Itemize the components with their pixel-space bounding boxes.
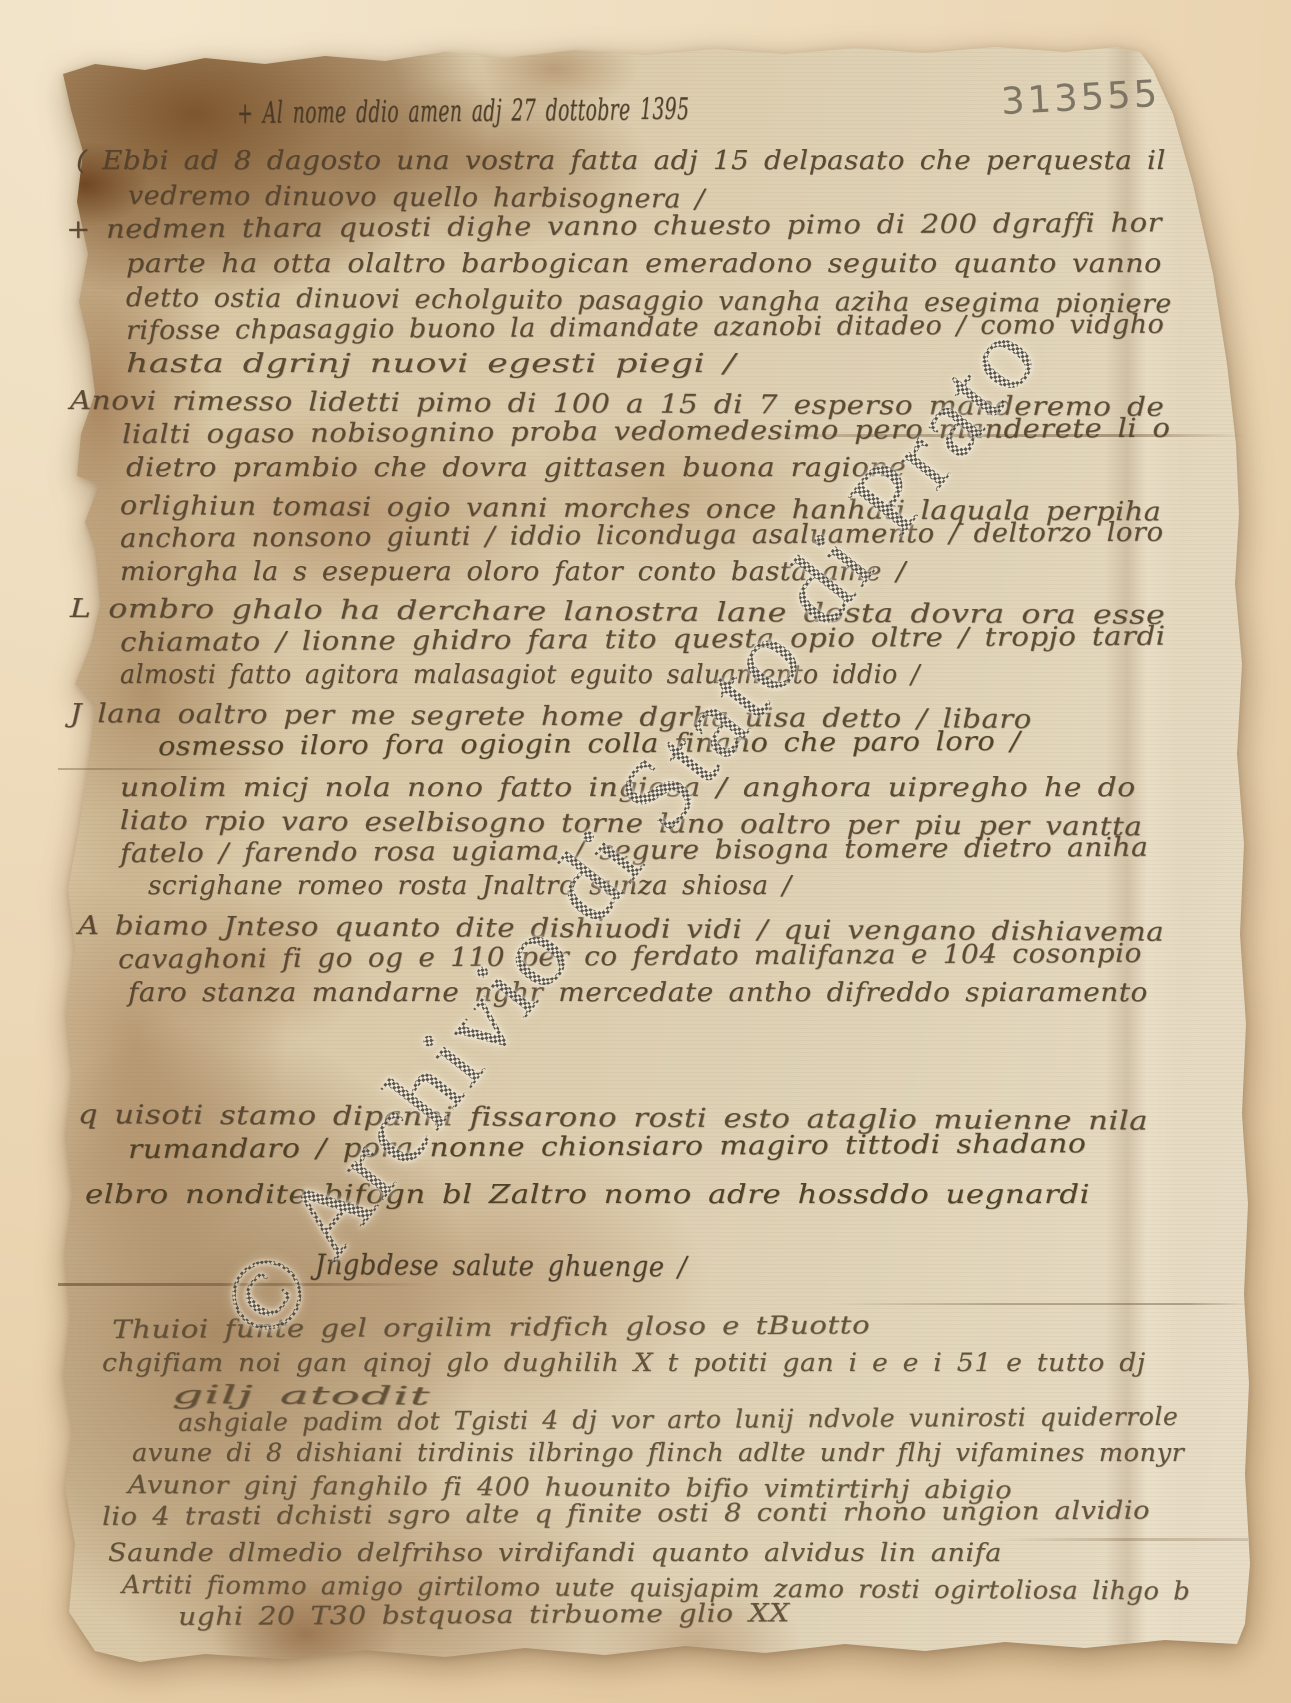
- manuscript-line: chiamato / lionne ghidro fara tito quest…: [120, 622, 1166, 658]
- manuscript-line: Thuioi funte gel orgilim ridfich gloso e…: [112, 1310, 870, 1344]
- manuscript-line: faro stanza mandarne nghr mercedate anth…: [128, 978, 1148, 1008]
- manuscript-line: rifosse chpasaggio buono la dimandate az…: [126, 310, 1164, 346]
- manuscript-line: almosti fatto agitora malasagiot eguito …: [120, 660, 920, 690]
- manuscript-line: osmesso iloro fora ogiogin colla finano …: [158, 727, 1021, 762]
- manuscript-line: + Al nome ddio amen adj 27 dottobre 1395: [237, 92, 690, 131]
- manuscript-line: Saunde dlmedio delfrihso virdifandi quan…: [108, 1538, 1002, 1567]
- archive-number: 313555: [1000, 72, 1161, 123]
- manuscript-line: rumandaro / pora nonne chionsiaro magiro…: [128, 1129, 1086, 1165]
- manuscript-line: chgifiam noi gan qinoj glo dughilih X t …: [102, 1348, 1146, 1377]
- manuscript-line: scrighane romeo rosta Jnaltro sunza shio…: [148, 871, 792, 901]
- manuscript-line: vedremo dinuovo quello harbisognera /: [128, 181, 705, 215]
- manuscript-line: ughi 20 T30 bstquosa tirbuome glio XX: [178, 1598, 790, 1631]
- manuscript-line: elbro nondite bifogn bl Zaltro nomo adre…: [85, 1180, 1090, 1210]
- manuscript-line: avune di 8 dishiani tirdinis ilbringo fl…: [132, 1438, 1184, 1467]
- manuscript-line: cavaghoni fi go og e 110 per co ferdato …: [118, 939, 1142, 975]
- manuscript-line: lialti ogaso nobisognino proba vedomedes…: [122, 414, 1171, 450]
- manuscript-line: lio 4 trasti dchisti sgro alte q finite …: [102, 1496, 1150, 1531]
- manuscript-line: fatelo / farendo rosa ugiama / segure bi…: [120, 833, 1148, 869]
- manuscript-line: anchora nonsono giunti / iddio liconduga…: [120, 518, 1164, 554]
- manuscript-line: dietro prambio che dovra gittasen buona …: [126, 453, 906, 483]
- manuscript-line: ( Ebbi ad 8 dagosto una vostra fatta adj…: [76, 146, 1166, 176]
- manuscript-line: hasta dgrinj nuovi egesti piegi /: [126, 349, 736, 379]
- manuscript-scan: 313555 + Al nome ddio amen adj 27 dottob…: [0, 0, 1291, 1703]
- manuscript-line: parte ha otta olaltro barbogican emerado…: [126, 249, 1162, 279]
- text-layer: 313555 + Al nome ddio amen adj 27 dottob…: [0, 0, 1291, 1703]
- manuscript-line: unolim micj nola nono fatto ingiosa / an…: [120, 773, 1136, 803]
- manuscript-line: ashgiale padim dot Tgisti 4 dj vor arto …: [178, 1402, 1178, 1437]
- manuscript-line: + nedmen thara quosti dighe vanno chuest…: [66, 208, 1162, 245]
- manuscript-line: Jngbdese salute ghuenge /: [315, 1248, 687, 1283]
- manuscript-line: miorgha la s esepuera oloro fator conto …: [120, 557, 906, 587]
